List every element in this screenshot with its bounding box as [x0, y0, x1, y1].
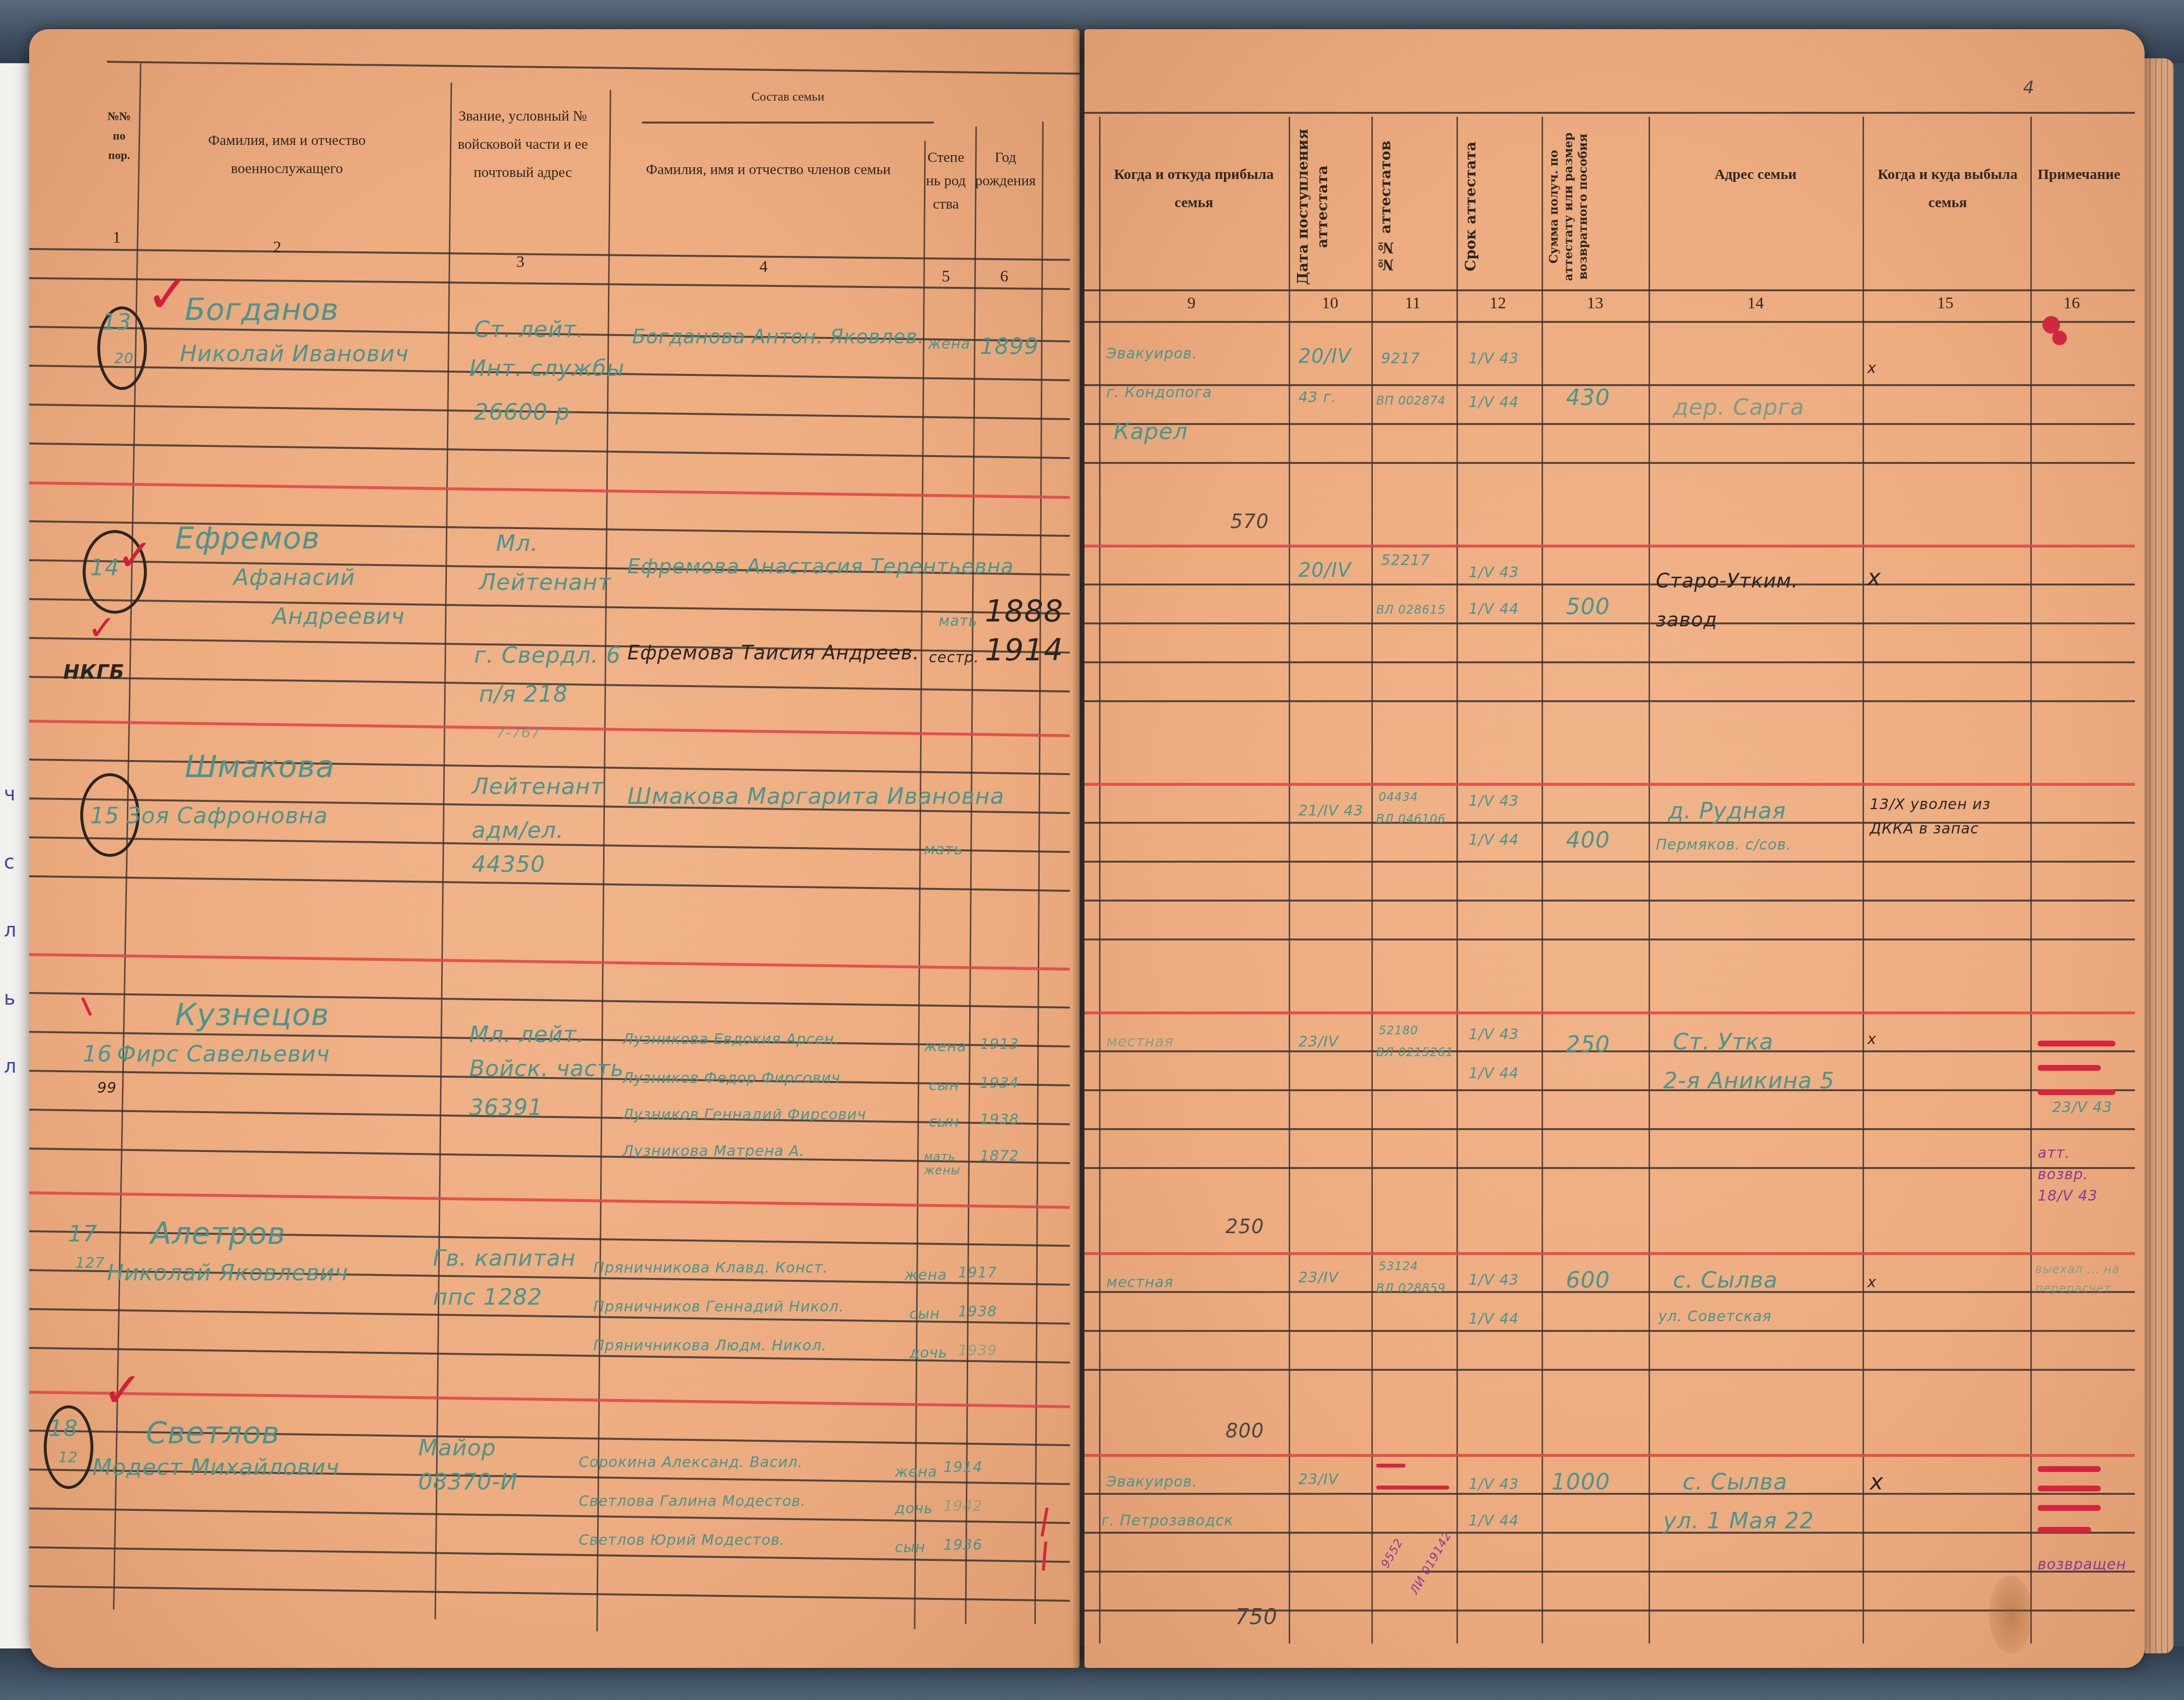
arrived-from: г. Петрозаводск: [1101, 1512, 1233, 1529]
departure-mark: x: [1870, 1469, 1883, 1495]
entry-separator: [29, 953, 1070, 971]
family-member-name: Шмакова Маргарита Ивановна: [627, 783, 1004, 809]
column-number: 12: [1483, 294, 1512, 313]
red-tick-icon: [81, 997, 92, 1016]
row-rule: [1084, 861, 2135, 863]
servicemember-surname: Шмакова: [185, 749, 335, 784]
tally-number: 250: [1225, 1216, 1264, 1238]
column-number: 10: [1315, 294, 1345, 313]
rank: Майор: [418, 1434, 496, 1461]
amount: 1000: [1551, 1469, 1610, 1495]
family-relation: мать: [939, 613, 977, 630]
red-checkmark-icon: ✓: [146, 263, 191, 325]
ledger-right-page: 4 Когда и откуда прибыла семья Дата пост…: [1084, 29, 2145, 1668]
row-rule: [1084, 622, 2135, 624]
rule: [1084, 289, 2135, 291]
arrived-from: Эвакуиров.: [1106, 1473, 1197, 1490]
family-birth-year: 1939: [958, 1342, 997, 1359]
unit: ппс 1282: [433, 1284, 542, 1310]
column-number: 6: [990, 267, 1019, 286]
servicemember-surname: Алетров: [151, 1216, 285, 1251]
rank: Ст. лейт.: [474, 316, 584, 342]
family-member-name: Пряничникова Людм. Никол.: [593, 1337, 827, 1354]
ledger-left-page: №№ по пор. Фамилия, имя и отчество военн…: [29, 29, 1080, 1668]
certificate-series: ВЛ 028615: [1376, 603, 1446, 617]
arrived-from: местная: [1106, 1274, 1173, 1291]
row-rule: [1084, 1369, 2135, 1371]
col-rule: [1456, 117, 1458, 1644]
row-rule: [1084, 423, 2135, 425]
servicemember-patronymic: Андреевич: [272, 603, 405, 629]
entry-separator: [1084, 783, 2135, 786]
certificate-term-start: 1/V 43: [1469, 1272, 1519, 1289]
servicemember-name: Фирс Савельевич: [117, 1041, 330, 1067]
col-rule: [1289, 117, 1290, 1644]
book-page-edges: [2145, 58, 2174, 1653]
departure-info: 13/Х уволен из ДККА в запас: [1870, 793, 2025, 841]
family-relation: жена: [895, 1464, 937, 1481]
family-birth-year: 1917: [958, 1264, 997, 1281]
tally-number: 750: [1235, 1605, 1278, 1629]
amount: 430: [1566, 384, 1610, 410]
family-relation: жена: [905, 1267, 947, 1284]
row-rule: [1084, 1128, 2135, 1130]
family-member-name: Лузникова Евдокия Арсен.: [622, 1031, 839, 1048]
page-number-mark: 4: [2023, 78, 2035, 98]
servicemember-surname: Кузнецов: [175, 997, 329, 1032]
column-number: 3: [506, 253, 535, 271]
side-stamp-nkgb: НКГБ: [63, 661, 124, 684]
rank: Мл.: [496, 530, 538, 556]
rank: Мл. лейт.: [469, 1021, 584, 1047]
red-strikethrough: [1376, 1464, 1405, 1468]
family-relation: дочь: [895, 1500, 933, 1517]
certificate-date: 20/IV: [1298, 345, 1351, 368]
certificate-series: ВП 002874: [1376, 394, 1446, 407]
amount: 250: [1566, 1031, 1610, 1057]
amount: 500: [1566, 593, 1610, 620]
col-rule: [1371, 117, 1373, 1644]
unit: Инт. службы: [469, 355, 625, 381]
departure-mark: x: [1867, 1031, 1877, 1048]
family-relation: сын: [909, 1306, 940, 1323]
family-address: с. Сылва: [1673, 1267, 1778, 1293]
col-rule: [1649, 117, 1650, 1644]
rule: [29, 248, 1070, 261]
red-strikethrough: [1376, 1486, 1449, 1489]
unit: Войск. часть: [469, 1055, 624, 1081]
rank: Гв. капитан: [433, 1245, 576, 1271]
entry-separator: [1084, 545, 2135, 548]
row-rule: [1084, 939, 2135, 940]
entry-sub-number: 20: [114, 350, 134, 367]
header-col-5: Степень родства: [924, 146, 968, 216]
row-rule: [1084, 661, 2135, 663]
certificate-number: 52180: [1379, 1024, 1418, 1037]
header-col-10: Дата поступления аттестата: [1294, 126, 1367, 287]
column-number: 16: [2057, 294, 2086, 313]
postal-address: 26600 р: [474, 399, 570, 425]
postal-address-line-2: 7-767: [496, 725, 541, 742]
family-relation: дочь: [909, 1345, 948, 1362]
row-rule: [1084, 584, 2135, 585]
departure-mark: x: [1867, 1274, 1877, 1291]
note: выехал ... на перерасчет: [2035, 1259, 2123, 1298]
entry-sub-number: 127: [75, 1255, 105, 1272]
certificate-date-year: 43 г.: [1298, 389, 1336, 406]
amount: 600: [1566, 1267, 1610, 1293]
family-relation: сестр.: [929, 649, 979, 666]
entry-number: 14: [90, 554, 120, 581]
unit: 08370-И: [418, 1469, 517, 1495]
header-col-14: Адрес семьи: [1697, 160, 1814, 189]
certificate-date: 23/IV: [1298, 1033, 1339, 1050]
certificate-date: 23/IV: [1298, 1471, 1339, 1488]
row-rule: [1084, 700, 2135, 702]
certificate-series: ЛИ 019142: [1407, 1529, 1454, 1597]
certificate-number: 53124: [1379, 1259, 1418, 1273]
family-address: Старо-Утким. завод: [1656, 562, 1860, 639]
row-rule: [1084, 900, 2135, 902]
family-address-line-2: Пермяков. с/сов.: [1656, 836, 1792, 853]
header-col-1: №№ по пор.: [102, 107, 136, 165]
family-birth-year: 1942: [943, 1498, 982, 1515]
row-rule: [29, 443, 1070, 459]
family-birth-year: 1888: [985, 593, 1064, 629]
tally-number: 570: [1230, 511, 1269, 533]
family-address: Ст. Утка: [1673, 1028, 1774, 1055]
family-relation: сын: [929, 1114, 959, 1131]
certificate-term-start: 1/V 43: [1469, 1026, 1519, 1043]
red-ink-blot: [2052, 331, 2067, 345]
header-col-16: Примечание: [2038, 160, 2111, 189]
family-member-name: Светлова Галина Модестов.: [579, 1493, 806, 1510]
note: 23/V 43: [2052, 1099, 2113, 1116]
family-member-name: Лузникова Матрена А.: [622, 1143, 804, 1160]
family-birth-year: 1914: [985, 632, 1064, 668]
column-number: 15: [1931, 294, 1960, 313]
note-violet: возвращен: [2038, 1556, 2126, 1573]
row-rule: [1084, 1330, 2135, 1332]
unit: г. Свердл. 6: [474, 642, 621, 668]
certificate-term-end: 1/V 44: [1469, 1310, 1519, 1328]
certificate-term-end: 1/V 44: [1469, 832, 1519, 849]
column-number: 4: [749, 258, 778, 276]
rule: [1084, 321, 2135, 323]
column-number: 9: [1177, 294, 1206, 313]
entry-separator: [29, 1391, 1070, 1408]
red-strikethrough: [2038, 1065, 2101, 1071]
rule: [642, 122, 934, 124]
entry-number: 17: [68, 1221, 98, 1247]
amount: 400: [1566, 827, 1610, 853]
red-strikethrough: [2038, 1527, 2091, 1533]
header-col-3: Звание, условный № войсковой части и ее …: [452, 102, 593, 187]
certificate-term-end: 1/V 44: [1469, 1512, 1519, 1529]
servicemember-surname: Светлов: [146, 1415, 280, 1451]
family-birth-year: 1938: [958, 1303, 997, 1320]
entry-separator: [29, 481, 1070, 499]
red-strikethrough: [2038, 1486, 2101, 1491]
family-birth-year: 1872: [980, 1148, 1019, 1165]
red-tick-icon: [1042, 1541, 1047, 1571]
arrived-from: Эвакуиров.: [1106, 345, 1197, 362]
certificate-term-start: 1/V 43: [1469, 350, 1519, 367]
entry-separator: [29, 1191, 1070, 1209]
certificate-term-end: 1/V 44: [1469, 601, 1519, 618]
family-address-line-2: ул. Советская: [1658, 1308, 1772, 1325]
certificate-term-start: 1/V 43: [1469, 1476, 1519, 1493]
family-member-name: Ефремова Таисия Андреев.: [627, 642, 920, 664]
family-member-name: Ефремова Анастасия Терентьевна: [627, 554, 1014, 578]
servicemember-name: Зоя Сафроновна: [126, 802, 328, 829]
entry-number: 15: [90, 802, 120, 829]
red-strikethrough: [2038, 1089, 2115, 1095]
entry-separator: [1084, 1252, 2135, 1255]
note-violet: атт. возвр. 18/V 43: [2038, 1143, 2120, 1207]
family-member-name: Богданова Антон. Яковлев.: [632, 326, 924, 348]
row-rule: [1084, 1167, 2135, 1169]
entry-number: 13: [102, 309, 132, 335]
family-birth-year: 1936: [943, 1537, 982, 1554]
family-birth-year: 1934: [980, 1075, 1019, 1092]
column-number: 13: [1580, 294, 1610, 313]
family-relation: мать жены: [924, 1150, 963, 1177]
paper-stain: [1989, 1576, 2033, 1653]
row-rule: [29, 1148, 1070, 1164]
family-address: д. Рудная: [1668, 797, 1786, 824]
certificate-number: 04434: [1379, 790, 1418, 804]
family-relation: жена: [924, 1038, 966, 1055]
column-number: 2: [263, 238, 292, 257]
family-birth-year: 1913: [980, 1036, 1019, 1053]
certificate-term-end: 1/V 44: [1469, 1065, 1519, 1082]
entry-sub-number: 12: [58, 1449, 78, 1466]
family-address: дер. Сарга: [1673, 394, 1804, 420]
family-relation: жена: [928, 336, 970, 353]
servicemember-name: Николай Иванович: [180, 340, 409, 367]
family-relation: сын: [895, 1539, 925, 1556]
column-number: 1: [102, 229, 131, 247]
col-rule: [434, 83, 452, 1619]
arrived-from: Карел: [1114, 418, 1188, 444]
col-rule: [1099, 117, 1101, 1644]
certificate-term-start: 1/V 43: [1469, 793, 1519, 810]
family-relation: сын: [929, 1077, 959, 1094]
row-rule: [29, 875, 1070, 892]
family-birth-year: 1899: [980, 333, 1039, 359]
postal-address: 36391: [469, 1094, 543, 1120]
red-checkmark-icon: ✓: [117, 530, 153, 581]
row-rule: [29, 598, 1070, 615]
departure-mark: x: [1867, 360, 1877, 377]
certificate-date: 21/IV 43: [1298, 802, 1363, 819]
column-number: 5: [931, 267, 960, 286]
red-strikethrough: [2038, 1505, 2101, 1511]
postal-address: п/я 218: [479, 681, 568, 707]
entry-separator: [1084, 1011, 2135, 1014]
entry-separator: [1084, 1454, 2135, 1457]
entry-number: 18: [49, 1415, 78, 1441]
row-rule: [29, 1109, 1070, 1125]
family-address-line-2: ул. 1 Мая 22: [1663, 1507, 1814, 1534]
tally-number: 800: [1225, 1420, 1264, 1442]
certificate-date: 20/IV: [1298, 559, 1351, 582]
header-col-4: Фамилия, имя и отчество членов семьи: [632, 156, 905, 184]
family-member-name: Лузников Геннадий Фирсович: [622, 1106, 866, 1123]
family-member-name: Светлов Юрий Модестов.: [579, 1532, 785, 1549]
row-rule: [1084, 1532, 2135, 1534]
servicemember-name: Николай Яковлевич: [107, 1259, 348, 1286]
servicemember-surname: Ефремов: [175, 520, 320, 556]
column-number: 11: [1398, 294, 1427, 313]
family-member-name: Лузников Федор Фирсович: [622, 1070, 840, 1087]
rule: [1084, 112, 2135, 114]
servicemember-surname: Богданов: [185, 292, 339, 327]
rank: Лейтенант: [472, 773, 604, 799]
certificate-term-start: 1/V 43: [1469, 564, 1519, 581]
header-col-11: №№ аттестатов: [1376, 126, 1449, 287]
unit: адм/ел.: [472, 817, 564, 843]
row-rule: [1084, 1571, 2135, 1573]
rule: [107, 61, 1080, 74]
family-address: с. Сылва: [1683, 1469, 1788, 1495]
col-rule: [1863, 117, 1864, 1644]
entry-separator: [29, 720, 1070, 737]
col-rule: [2030, 117, 2032, 1644]
rank-line-2: Лейтенант: [479, 569, 611, 595]
certificate-number: 9217: [1381, 350, 1420, 367]
red-checkmark-icon: ✓: [102, 1362, 143, 1418]
certificate-number: 52217: [1381, 552, 1430, 569]
family-address-line-2: 2-я Аникина 5: [1663, 1067, 1834, 1094]
certificate-series: ВЛ 028859: [1376, 1281, 1446, 1295]
departure-mark: x: [1867, 564, 1881, 590]
header-col-15: Когда и куда выбыла семья: [1872, 160, 2023, 217]
servicemember-name: Афанасий: [233, 564, 355, 590]
family-member-name: Сорокина Александ. Васил.: [579, 1454, 803, 1471]
entry-sub-number: 99: [97, 1080, 117, 1097]
certificate-term-end: 1/V 44: [1469, 394, 1519, 411]
header-col-6: Год рождения: [975, 146, 1036, 193]
header-col-13: Сумма получ. по аттестату или размер воз…: [1546, 126, 1644, 287]
family-member-name: Пряничников Геннадий Никол.: [593, 1298, 844, 1315]
certificate-number: 9552: [1378, 1536, 1406, 1570]
row-rule: [1084, 1089, 2135, 1091]
family-relation: мать: [924, 841, 963, 858]
certificate-date: 23/IV: [1298, 1269, 1339, 1286]
header-col-9: Когда и откуда прибыла семья: [1104, 160, 1284, 217]
header-family-group: Состав семьи: [661, 83, 914, 111]
header-col-12: Срок аттестата: [1461, 126, 1534, 287]
postal-address: 44350: [472, 851, 545, 877]
arrived-from: местная: [1106, 1033, 1173, 1050]
row-rule: [1084, 462, 2135, 464]
certificate-series: ВЛ 046106: [1376, 812, 1446, 826]
family-birth-year: 1938: [980, 1111, 1019, 1128]
header-col-2: Фамилия, имя и отчество военнослужащего: [156, 126, 418, 183]
family-member-name: Пряничникова Клавд. Конст.: [593, 1259, 828, 1276]
red-checkmark-icon: ✓: [88, 608, 116, 648]
arrived-from: г. Кондопога: [1106, 384, 1212, 401]
red-strikethrough: [2038, 1466, 2101, 1472]
certificate-series: ВЛ 0215261: [1376, 1045, 1454, 1059]
entry-number: 16: [83, 1041, 112, 1067]
column-number: 14: [1741, 294, 1770, 313]
servicemember-name: Модест Михайлович: [92, 1454, 339, 1480]
family-birth-year: 1914: [943, 1459, 982, 1476]
col-rule: [1542, 117, 1543, 1644]
red-strikethrough: [2038, 1041, 2115, 1046]
